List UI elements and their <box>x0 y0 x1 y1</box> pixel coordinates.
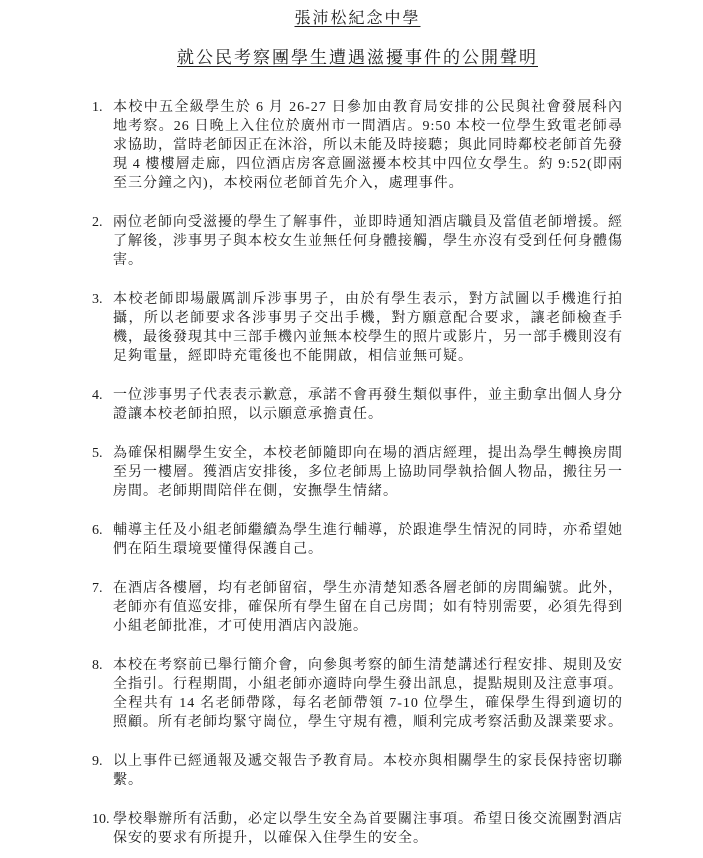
item-text: 在酒店各樓層，均有老師留宿，學生亦清楚知悉各層老師的房間編號。此外，老師亦有值巡… <box>113 579 623 636</box>
statement-item-2: 2. 兩位老師向受滋擾的學生了解事件，並即時通知酒店職員及當值老師增援。經了解後… <box>92 213 623 270</box>
item-number: 2. <box>92 213 113 232</box>
item-number: 6. <box>92 521 113 540</box>
document-title: 張沛松紀念中學 <box>92 8 623 29</box>
item-text: 本校在考察前已舉行簡介會，向參與考察的師生清楚講述行程安排、規則及安全指引。行程… <box>113 656 623 732</box>
item-text: 學校舉辦所有活動，必定以學生安全為首要關注事項。希望日後交流團對酒店保安的要求有… <box>113 810 623 848</box>
item-text: 一位涉事男子代表表示歉意，承諾不會再發生類似事件，並主動拿出個人身分證讓本校老師… <box>113 386 623 424</box>
document-subtitle: 就公民考察團學生遭遇滋擾事件的公開聲明 <box>92 46 623 69</box>
item-number: 5. <box>92 444 113 463</box>
item-number: 10. <box>92 810 113 829</box>
statement-item-7: 7. 在酒店各樓層，均有老師留宿，學生亦清楚知悉各層老師的房間編號。此外，老師亦… <box>92 579 623 636</box>
item-number: 3. <box>92 290 113 309</box>
item-text: 本校中五全級學生於 6 月 26-27 日參加由教育局安排的公民與社會發展科內地… <box>113 98 623 193</box>
item-text: 本校老師即場嚴厲訓斥涉事男子，由於有學生表示，對方試圖以手機進行拍攝，所以老師要… <box>113 290 623 366</box>
statement-item-5: 5. 為確保相關學生安全，本校老師隨即向在場的酒店經理，提出為學生轉換房間至另一… <box>92 444 623 501</box>
item-number: 8. <box>92 656 113 675</box>
item-text: 為確保相關學生安全，本校老師隨即向在場的酒店經理，提出為學生轉換房間至另一樓層。… <box>113 444 623 501</box>
item-text: 兩位老師向受滋擾的學生了解事件，並即時通知酒店職員及當值老師增援。經了解後，涉事… <box>113 213 623 270</box>
item-text: 以上事件已經通報及遞交報告予教育局。本校亦與相關學生的家長保持密切聯繫。 <box>113 752 623 790</box>
statement-list: 1. 本校中五全級學生於 6 月 26-27 日參加由教育局安排的公民與社會發展… <box>92 98 623 848</box>
statement-item-9: 9. 以上事件已經通報及遞交報告予教育局。本校亦與相關學生的家長保持密切聯繫。 <box>92 752 623 790</box>
item-number: 4. <box>92 386 113 405</box>
item-text: 輔導主任及小組老師繼續為學生進行輔導，於跟進學生情況的同時，亦希望她們在陌生環境… <box>113 521 623 559</box>
item-number: 9. <box>92 752 113 771</box>
statement-item-1: 1. 本校中五全級學生於 6 月 26-27 日參加由教育局安排的公民與社會發展… <box>92 98 623 193</box>
statement-item-10: 10. 學校舉辦所有活動，必定以學生安全為首要關注事項。希望日後交流團對酒店保安… <box>92 810 623 848</box>
statement-item-3: 3. 本校老師即場嚴厲訓斥涉事男子，由於有學生表示，對方試圖以手機進行拍攝，所以… <box>92 290 623 366</box>
statement-item-6: 6. 輔導主任及小組老師繼續為學生進行輔導，於跟進學生情況的同時，亦希望她們在陌… <box>92 521 623 559</box>
statement-item-4: 4. 一位涉事男子代表表示歉意，承諾不會再發生類似事件，並主動拿出個人身分證讓本… <box>92 386 623 424</box>
item-number: 7. <box>92 579 113 598</box>
item-number: 1. <box>92 98 113 117</box>
statement-item-8: 8. 本校在考察前已舉行簡介會，向參與考察的師生清楚講述行程安排、規則及安全指引… <box>92 656 623 732</box>
document-page: 張沛松紀念中學 就公民考察團學生遭遇滋擾事件的公開聲明 1. 本校中五全級學生於… <box>0 0 703 858</box>
